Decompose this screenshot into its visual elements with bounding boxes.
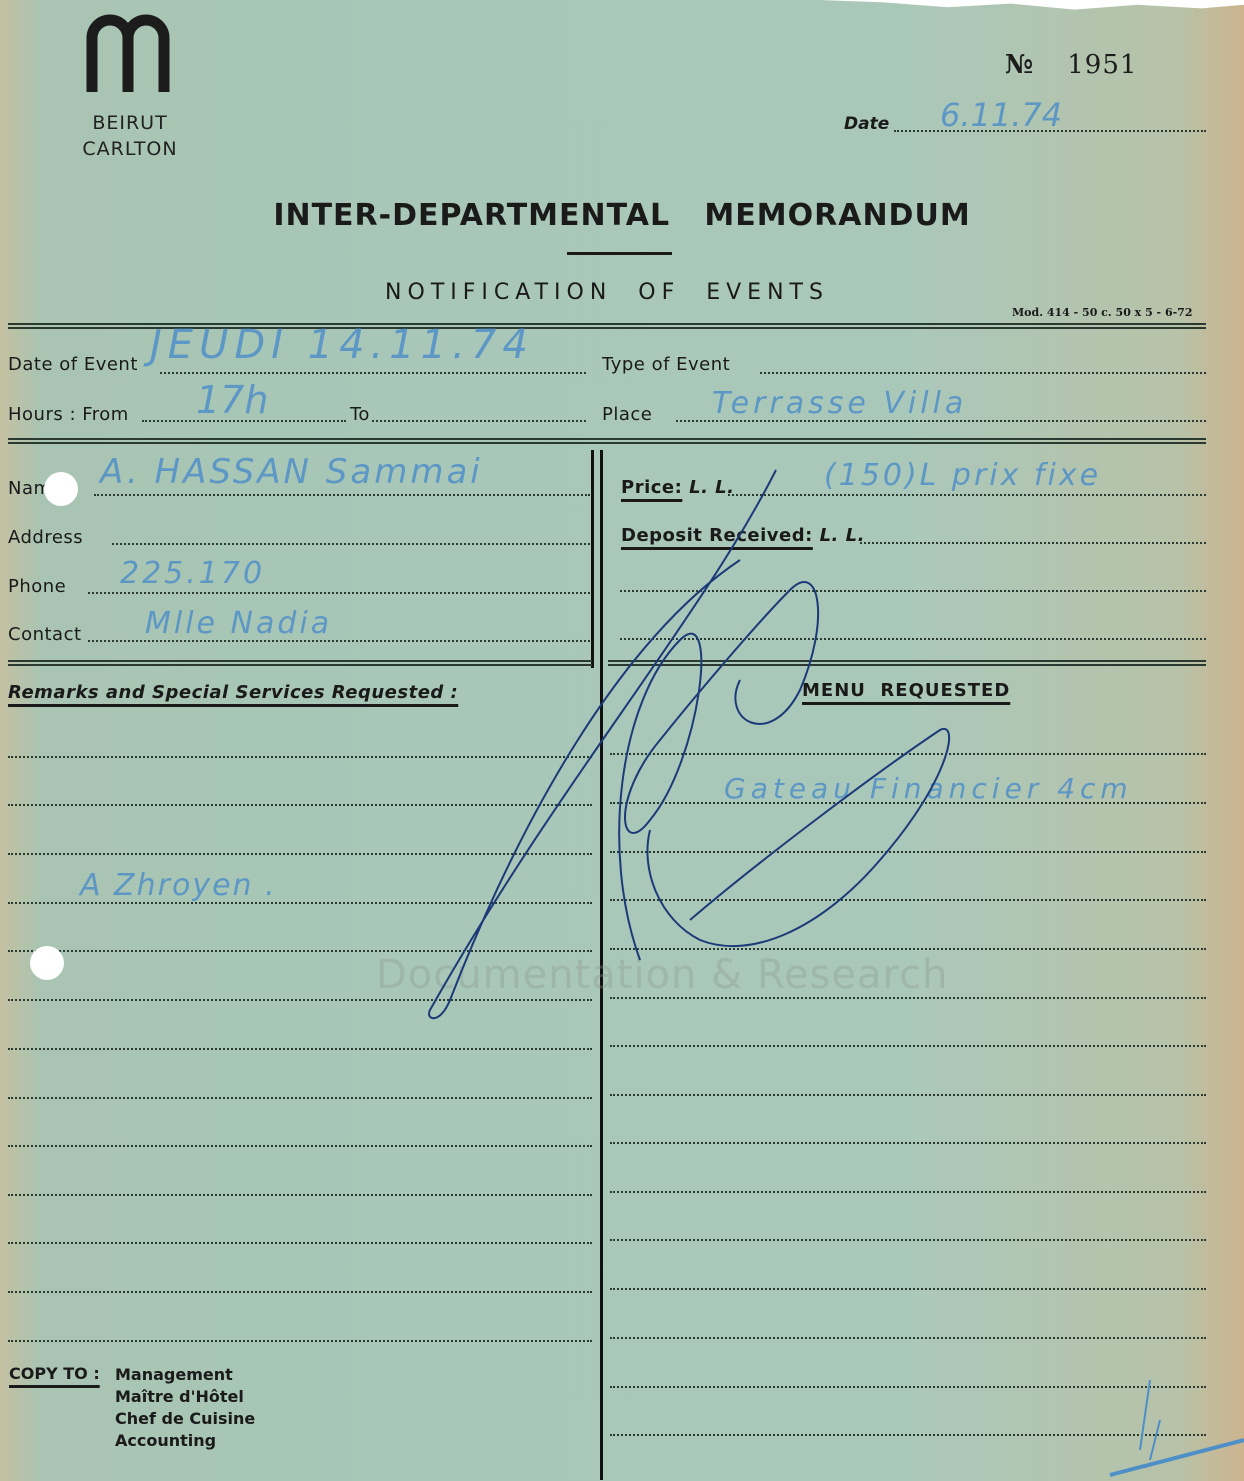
signature-icon <box>0 0 1244 1481</box>
